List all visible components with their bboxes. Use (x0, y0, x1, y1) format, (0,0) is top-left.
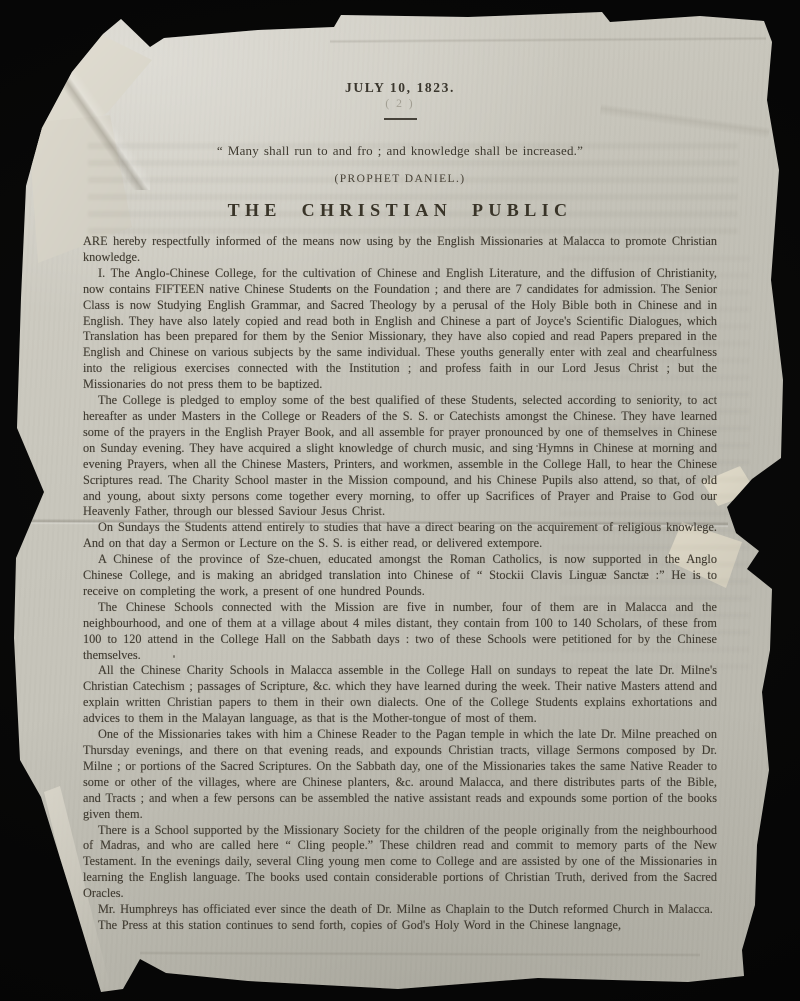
divider-rule (384, 118, 417, 120)
body-paragraphs: ARE hereby respectfully informed of the … (83, 234, 717, 934)
paragraph-6: The Chinese Schools connected with the M… (83, 600, 717, 664)
paragraph-1: ARE hereby respectfully informed of the … (83, 234, 717, 266)
paragraph-2: I. The Anglo-Chinese College, for the cu… (83, 266, 717, 393)
crease-line-bottom (140, 951, 700, 957)
paragraph-9: There is a School supported by the Missi… (83, 823, 717, 903)
paragraph-10: Mr. Humphreys has officiated ever since … (83, 902, 717, 918)
photo-backdrop: JULY 10, 1823. ( 2 ) “ Many shall run to… (0, 0, 800, 1001)
epigraph-quote: “ Many shall run to and fro ; and knowle… (83, 143, 717, 159)
printed-content: JULY 10, 1823. ( 2 ) “ Many shall run to… (83, 80, 717, 934)
paragraph-11: The Press at this station continues to s… (83, 918, 717, 934)
page-number: ( 2 ) (83, 98, 717, 110)
paragraph-8: One of the Missionaries takes with him a… (83, 727, 717, 822)
paragraph-5: A Chinese of the province of Sze-chuen, … (83, 552, 717, 600)
paragraph-3: The College is pledged to employ some of… (83, 393, 717, 520)
paragraph-7: All the Chinese Charity Schools in Malac… (83, 663, 717, 727)
epigraph-attribution: (PROPHET DANIEL.) (83, 173, 717, 185)
document-page: JULY 10, 1823. ( 2 ) “ Many shall run to… (0, 0, 800, 1001)
date-line: JULY 10, 1823. (83, 80, 717, 96)
paragraph-4: On Sundays the Students attend entirely … (83, 520, 717, 552)
document-title: THE CHRISTIAN PUBLIC (83, 200, 717, 221)
crease-line-top (330, 36, 766, 43)
